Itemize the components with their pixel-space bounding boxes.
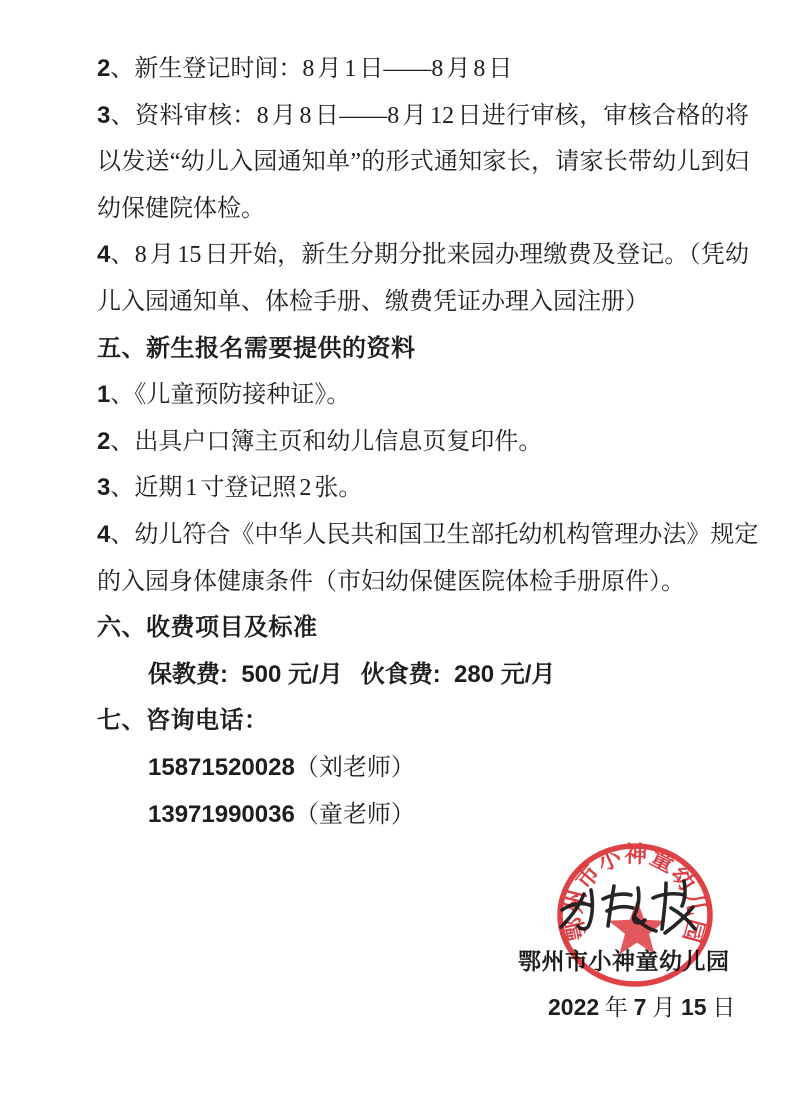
doc-line: 4、幼儿符合《中华人民共和国卫生部托幼机构管理办法》规定 (97, 512, 749, 559)
doc-line: 2、出具户口簿主页和幼儿信息页复印件。 (97, 419, 749, 466)
doc-line: 3、资料审核：8 月 8 日——8 月 12 日进行审核，审核合格的将 (97, 93, 749, 140)
doc-line: 2、新生登记时间：8 月 1 日——8 月 8 日 (97, 46, 749, 93)
text-part: 、资料审核：8 月 8 日——8 月 12 日进行审核，审核合格的将 (110, 103, 749, 129)
doc-line: 的入园身体健康条件（市妇幼保健医院体检手册原件）。 (97, 559, 749, 606)
doc-line: 3、近期 1 寸登记照 2 张。 (97, 465, 749, 512)
text-part: 的入园身体健康条件（市妇幼保健医院体检手册原件）。 (97, 569, 685, 595)
doc-line: 幼保健院体检。 (97, 186, 749, 233)
doc-line: 六、收费项目及标准 (97, 605, 749, 652)
doc-line: 七、咨询电话： (97, 698, 749, 745)
handwritten-signature (550, 868, 700, 948)
number-text: 4 (97, 521, 110, 548)
doc-line: 五、新生报名需要提供的资料 (97, 326, 749, 373)
text-part: （刘老师） (295, 755, 415, 781)
text-part: 保教费: (148, 661, 241, 688)
number-text: 2 (97, 55, 110, 82)
number-text: 4 (97, 241, 110, 268)
doc-line: 15871520028（刘老师） (97, 745, 749, 792)
number-text: 1 (97, 381, 110, 408)
text-part: 元/月 (494, 661, 555, 688)
scanned-notice-page: 2、新生登记时间：8 月 1 日——8 月 8 日3、资料审核：8 月 8 日—… (0, 0, 800, 1101)
text-part: 元/月 (281, 661, 342, 688)
number-text: 15871520028 (148, 754, 295, 781)
number-text: 2 (97, 428, 110, 455)
text-part: 六、收费项目及标准 (97, 614, 318, 641)
number-text: 3 (97, 102, 110, 129)
text-part: 、幼儿符合《中华人民共和国卫生部托幼机构管理办法》规定 (110, 522, 758, 548)
text-part: 、新生登记时间：8 月 1 日——8 月 8 日 (110, 56, 512, 82)
text-part: 、《儿童预防接种证》。 (110, 382, 350, 408)
doc-line: 以发送“幼儿入园通知单”的形式通知家长，请家长带幼儿到妇 (97, 139, 749, 186)
text-part: 幼保健院体检。 (97, 196, 265, 222)
doc-line: 4、8 月 15 日开始，新生分期分批来园办理缴费及登记。（凭幼 (97, 232, 749, 279)
number-text: 280 (454, 661, 494, 688)
text-part: 、出具户口簿主页和幼儿信息页复印件。 (110, 429, 542, 455)
text-part: 七、咨询电话： (97, 707, 269, 734)
doc-line: 儿入园通知单、体检手册、缴费凭证办理入园注册） (97, 279, 749, 326)
text-part: 、8 月 15 日开始，新生分期分批来园办理缴费及登记。（凭幼 (110, 242, 749, 268)
doc-line: 保教费: 500 元/月 伙食费: 280 元/月 (97, 652, 749, 699)
notice-body: 2、新生登记时间：8 月 1 日——8 月 8 日3、资料审核：8 月 8 日—… (97, 46, 749, 838)
text-part: 儿入园通知单、体检手册、缴费凭证办理入园注册） (97, 289, 649, 315)
text-part: （童老师） (295, 802, 415, 828)
text-part: 伙食费: (361, 661, 454, 688)
number-text: 13971990036 (148, 801, 295, 828)
text-part: 五、新生报名需要提供的资料 (97, 335, 416, 362)
text-part (343, 662, 361, 688)
number-text: 3 (97, 474, 110, 501)
doc-line: 1、《儿童预防接种证》。 (97, 372, 749, 419)
text-part: 、近期 1 寸登记照 2 张。 (110, 475, 362, 501)
number-text: 500 (241, 661, 281, 688)
text-part: 以发送“幼儿入园通知单”的形式通知家长，请家长带幼儿到妇 (97, 149, 749, 175)
